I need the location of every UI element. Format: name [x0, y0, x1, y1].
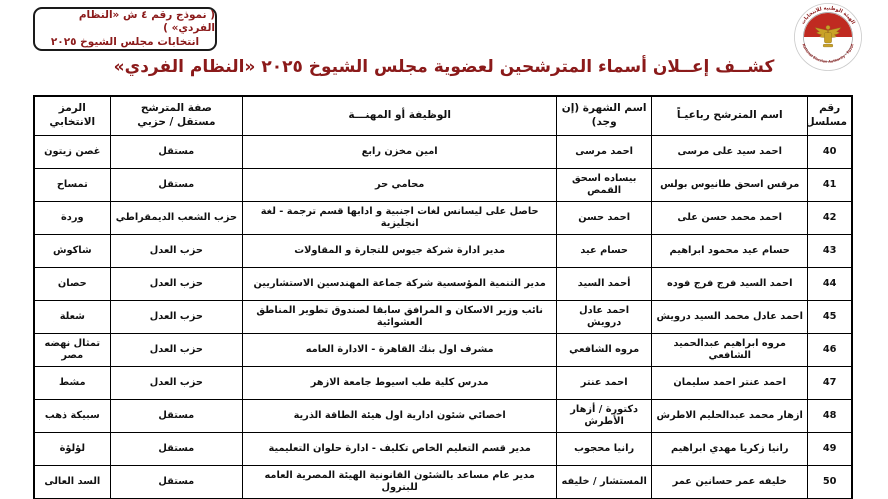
cell-known-as: احمد مرسى — [557, 136, 652, 169]
table-row: 46 مروه ابراهيم عبدالحميد الشافعي مروه ا… — [34, 334, 852, 367]
table-row: 41 مرقس اسحق طانيوس بولس بيساده اسحق الق… — [34, 169, 852, 202]
cell-known-as: المستشار / خليفه — [557, 466, 652, 499]
cell-serial: 44 — [808, 268, 852, 301]
form-number-box: ( نموذج رقم ٤ ش «النظام الفردي» ) انتخاب… — [33, 7, 217, 51]
cell-known-as: احمد حسن — [557, 202, 652, 235]
table-row: 42 احمد محمد حسن على احمد حسن حاصل على ل… — [34, 202, 852, 235]
candidates-table: رقم مسلسل اسم المترشح رباعيـاً اسم الشهر… — [33, 95, 853, 499]
col-header-candidate-name: اسم المترشح رباعيـاً — [652, 96, 808, 136]
cell-candidate-name: مروه ابراهيم عبدالحميد الشافعي — [652, 334, 808, 367]
table-row: 43 حسام عيد محمود ابراهيم حسام عيد مدير … — [34, 235, 852, 268]
cell-candidate-name: ازهار محمد عبدالحليم الاطرش — [652, 400, 808, 433]
cell-job: محامي حر — [243, 169, 557, 202]
cell-candidate-name: احمد سيد على مرسى — [652, 136, 808, 169]
cell-known-as: بيساده اسحق القمص — [557, 169, 652, 202]
cell-candidate-name: احمد عادل محمد السيد درويش — [652, 301, 808, 334]
cell-job: مدير ادارة شركة جيوس للتجارة و المقاولات — [243, 235, 557, 268]
cell-status: مستقل — [110, 136, 243, 169]
cell-known-as: رانيا محجوب — [557, 433, 652, 466]
cell-job: مشرف اول بنك القاهرة - الادارة العامه — [243, 334, 557, 367]
cell-candidate-name: مرقس اسحق طانيوس بولس — [652, 169, 808, 202]
cell-status: حزب الشعب الديمقراطي — [110, 202, 243, 235]
cell-known-as: أحمد السيد — [557, 268, 652, 301]
col-header-serial: رقم مسلسل — [808, 96, 852, 136]
cell-serial: 42 — [808, 202, 852, 235]
cell-symbol: تمساح — [34, 169, 110, 202]
cell-symbol: شعلة — [34, 301, 110, 334]
table-row: 50 خليفه عمر حسانين عمر المستشار / خليفه… — [34, 466, 852, 499]
cell-known-as: دكتورة / أزهار الأطرش — [557, 400, 652, 433]
page-title: كشــف إعــلان أسماء المترشحين لعضوية مجل… — [0, 57, 888, 77]
candidates-tbody: 40 احمد سيد على مرسى احمد مرسى امين مخزن… — [34, 136, 852, 499]
table-row: 49 رانيا زكريا مهدي ابراهيم رانيا محجوب … — [34, 433, 852, 466]
table-row: 40 احمد سيد على مرسى احمد مرسى امين مخزن… — [34, 136, 852, 169]
cell-symbol: لؤلؤة — [34, 433, 110, 466]
cell-candidate-name: رانيا زكريا مهدي ابراهيم — [652, 433, 808, 466]
cell-status: حزب العدل — [110, 334, 243, 367]
cell-job: حاصل على ليسانس لغات اجنبية و ادابها قسم… — [243, 202, 557, 235]
table-row: 48 ازهار محمد عبدالحليم الاطرش دكتورة / … — [34, 400, 852, 433]
cell-symbol: غصن زيتون — [34, 136, 110, 169]
cell-candidate-name: احمد السيد فرج فرج فوده — [652, 268, 808, 301]
col-header-known-as: اسم الشهرة (إن وجد) — [557, 96, 652, 136]
cell-status: مستقل — [110, 433, 243, 466]
cell-status: مستقل — [110, 400, 243, 433]
cell-symbol: مشط — [34, 367, 110, 400]
cell-serial: 48 — [808, 400, 852, 433]
table-row: 45 احمد عادل محمد السيد درويش احمد عادل … — [34, 301, 852, 334]
form-number-text: ( نموذج رقم ٤ ش «النظام الفردي» ) — [35, 9, 215, 35]
cell-status: مستقل — [110, 169, 243, 202]
col-header-status: صفة المترشح مستقل / حزبي — [110, 96, 243, 136]
cell-candidate-name: حسام عيد محمود ابراهيم — [652, 235, 808, 268]
cell-candidate-name: خليفه عمر حسانين عمر — [652, 466, 808, 499]
cell-serial: 47 — [808, 367, 852, 400]
cell-status: حزب العدل — [110, 367, 243, 400]
cell-serial: 40 — [808, 136, 852, 169]
candidates-table-container: رقم مسلسل اسم المترشح رباعيـاً اسم الشهر… — [33, 95, 853, 499]
cell-known-as: احمد عنتر — [557, 367, 652, 400]
cell-serial: 41 — [808, 169, 852, 202]
cell-symbol: وردة — [34, 202, 110, 235]
table-row: 44 احمد السيد فرج فرج فوده أحمد السيد مد… — [34, 268, 852, 301]
col-header-symbol: الرمز الانتخابي — [34, 96, 110, 136]
cell-serial: 46 — [808, 334, 852, 367]
cell-known-as: احمد عادل درويش — [557, 301, 652, 334]
cell-candidate-name: احمد عنتر احمد سليمان — [652, 367, 808, 400]
cell-job: امين مخزن رابع — [243, 136, 557, 169]
cell-status: حزب العدل — [110, 235, 243, 268]
cell-symbol: سبيكة ذهب — [34, 400, 110, 433]
table-header: رقم مسلسل اسم المترشح رباعيـاً اسم الشهر… — [34, 96, 852, 136]
cell-status: حزب العدل — [110, 301, 243, 334]
cell-serial: 43 — [808, 235, 852, 268]
cell-status: مستقل — [110, 466, 243, 499]
cell-serial: 49 — [808, 433, 852, 466]
cell-job: اخصائي شئون ادارية اول هيئة الطاقة الذري… — [243, 400, 557, 433]
cell-job: نائب وزير الاسكان و المرافق سابقا لصندوق… — [243, 301, 557, 334]
cell-job: مدير قسم التعليم الخاص تكليف - ادارة حلو… — [243, 433, 557, 466]
cell-serial: 50 — [808, 466, 852, 499]
table-row: 47 احمد عنتر احمد سليمان احمد عنتر مدرس … — [34, 367, 852, 400]
cell-symbol: حصان — [34, 268, 110, 301]
cell-job: مدرس كلية طب اسيوط جامعة الازهر — [243, 367, 557, 400]
candidates-announcement-page: ( نموذج رقم ٤ ش «النظام الفردي» ) انتخاب… — [0, 0, 888, 499]
cell-known-as: مروه الشافعي — [557, 334, 652, 367]
cell-job: مدير التنمية المؤسسية شركة جماعة المهندس… — [243, 268, 557, 301]
election-name-text: انتخابات مجلس الشيوخ ٢٠٢٥ — [51, 36, 199, 49]
cell-candidate-name: احمد محمد حسن على — [652, 202, 808, 235]
cell-job: مدير عام مساعد بالشئون القانونية الهيئة … — [243, 466, 557, 499]
cell-status: حزب العدل — [110, 268, 243, 301]
cell-serial: 45 — [808, 301, 852, 334]
cell-symbol: شاكوش — [34, 235, 110, 268]
cell-known-as: حسام عيد — [557, 235, 652, 268]
cell-symbol: تمثال نهضه مصر — [34, 334, 110, 367]
col-header-job: الوظيفة أو المهنـــة — [243, 96, 557, 136]
cell-symbol: السد العالى — [34, 466, 110, 499]
